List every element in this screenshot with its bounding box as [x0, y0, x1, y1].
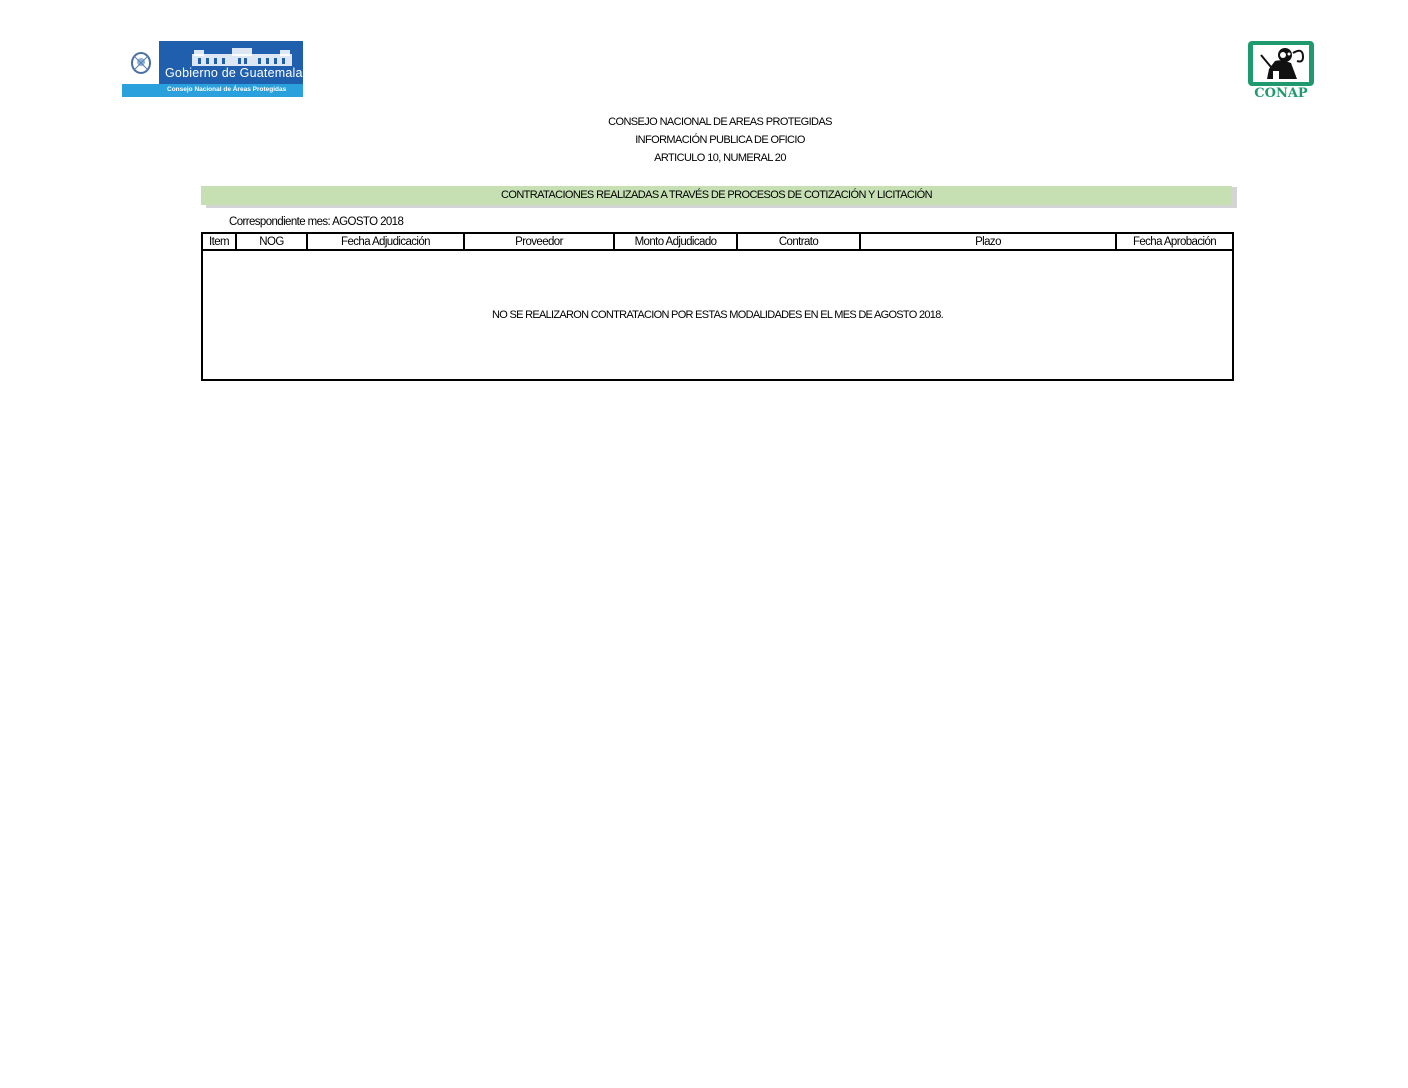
- column-header-fecha-aprobacion: Fecha Aprobación: [1116, 233, 1233, 250]
- header-line-organization: CONSEJO NACIONAL DE AREAS PROTEGIDAS: [0, 116, 1408, 128]
- logo-title: Gobierno de Guatemala: [165, 66, 303, 80]
- table-row: NO SE REALIZARON CONTRATACION POR ESTAS …: [202, 250, 1233, 380]
- header-line-article: ARTICULO 10, NUMERAL 20: [0, 152, 1408, 164]
- column-header-contrato: Contrato: [737, 233, 860, 250]
- logo-subtitle: Consejo Nacional de Áreas Protegidas: [167, 86, 286, 93]
- guatemala-coat-of-arms-icon: [122, 41, 159, 85]
- column-header-fecha-adjudicacion: Fecha Adjudicación: [307, 233, 464, 250]
- table-header-row: Item NOG Fecha Adjudicación Proveedor Mo…: [202, 233, 1233, 250]
- column-header-plazo: Plazo: [860, 233, 1116, 250]
- empty-message: NO SE REALIZARON CONTRATACION POR ESTAS …: [202, 250, 1233, 380]
- logo-subtitle-bar: Consejo Nacional de Áreas Protegidas: [122, 84, 303, 97]
- section-banner: CONTRATACIONES REALIZADAS A TRAVÉS DE PR…: [201, 186, 1232, 205]
- conap-logo-text: CONAP: [1248, 86, 1314, 101]
- column-header-nog: NOG: [236, 233, 307, 250]
- column-header-item: Item: [202, 233, 236, 250]
- column-header-monto-adjudicado: Monto Adjudicado: [614, 233, 737, 250]
- contracts-table: Item NOG Fecha Adjudicación Proveedor Mo…: [201, 232, 1234, 381]
- period-label: Correspondiente mes: AGOSTO 2018: [229, 216, 403, 228]
- conap-logo: CONAP: [1248, 41, 1314, 101]
- monkey-icon: [1253, 45, 1309, 82]
- gobierno-guatemala-logo: Gobierno de Guatemala Consejo Nacional d…: [122, 41, 303, 97]
- column-header-proveedor: Proveedor: [464, 233, 614, 250]
- conap-logo-frame: [1248, 41, 1314, 86]
- header-line-info: INFORMACIÓN PUBLICA DE OFICIO: [0, 134, 1408, 146]
- palace-icon: [192, 46, 292, 66]
